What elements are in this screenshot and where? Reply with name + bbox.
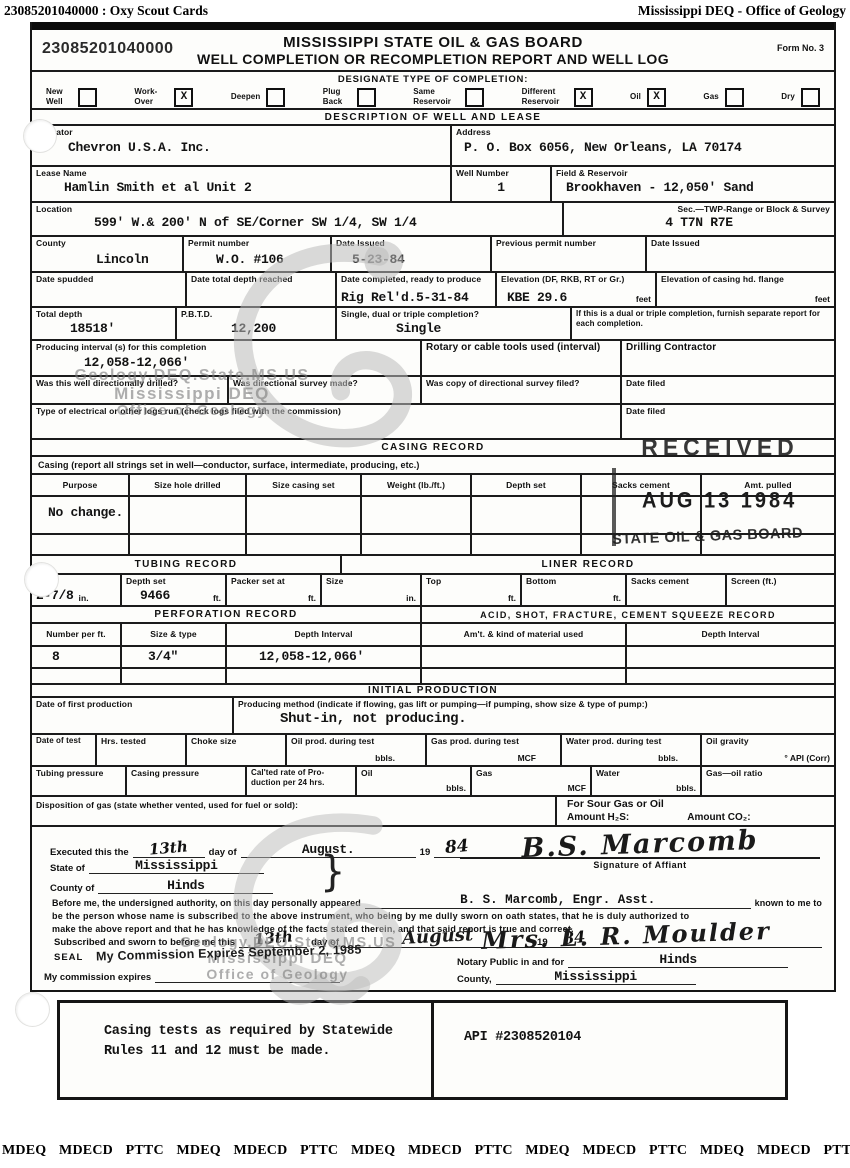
water-rate-cell: Water bbls. <box>590 767 700 795</box>
first-production-cell: Date of first production <box>32 698 232 733</box>
sour-gas-title: For Sour Gas or Oil <box>567 798 830 810</box>
state-value: Mississippi <box>135 859 218 873</box>
permit-label: Permit number <box>188 238 326 248</box>
acid-heading: ACID, SHOT, FRACTURE, CEMENT SQUEEZE REC… <box>426 610 830 620</box>
completion-question-label: Single, dual or triple completion? <box>341 309 566 319</box>
well-number-label: Well Number <box>456 168 546 178</box>
commission-blank-line <box>155 969 340 983</box>
packer-cell: Packer set at ft. <box>225 575 320 605</box>
liner-size-label: Size <box>326 576 416 586</box>
empty-cell <box>32 669 120 683</box>
casing-empty-cell <box>128 535 245 554</box>
directional-survey-label: Was directional survey made? <box>233 378 416 388</box>
checkbox-deepen: Deepen <box>231 88 286 107</box>
date-completed-value: Rig Rel'd.5-31-84 <box>341 291 491 305</box>
work-over-checkbox: X <box>174 88 193 107</box>
footer-strip: MDEQ MDECD PTTC MDEQ MDECD PTTC MDEQ MDE… <box>2 1143 850 1159</box>
date-td-label: Date total depth reached <box>191 274 331 284</box>
first-production-row: Date of first production Producing metho… <box>32 696 834 733</box>
hrs-tested-cell: Hrs. tested <box>95 735 185 765</box>
checkbox-gas: Gas <box>703 88 743 107</box>
address-cell: Address P. O. Box 6056, New Orleans, LA … <box>450 126 834 165</box>
api-number: API #2308520104 <box>464 1030 581 1045</box>
pbtd-value: 12,200 <box>231 322 331 336</box>
casing-empty-cell <box>470 497 580 533</box>
date-issued-cell: Date Issued 5-23-84 <box>330 237 490 271</box>
sour-gas-cell: For Sour Gas or Oil Amount H₂S: Amount C… <box>555 797 834 825</box>
casing-subheading: Casing (report all strings set in well—c… <box>32 457 419 473</box>
oil-checkbox: X <box>647 88 666 107</box>
empty-cell <box>120 669 225 683</box>
casing-empty-cell <box>360 535 470 554</box>
casing-empty-cell <box>245 497 360 533</box>
date-filed-cell: Date filed <box>620 377 834 403</box>
casing-empty-cell <box>360 497 470 533</box>
casing-col-depth: Depth set <box>470 475 580 495</box>
casing-purpose-value-cell: No change. <box>32 497 128 533</box>
received-stamp: RECEIVED <box>600 433 840 461</box>
liner-heading-cell: LINER RECORD <box>340 556 834 573</box>
liner-top-cell: Top ft. <box>420 575 520 605</box>
test-row-2: Tubing pressure Casing pressure Cal'ted … <box>32 765 834 795</box>
same-reservoir-checkbox <box>465 88 484 107</box>
producing-interval-row: Producing interval (s) for this completi… <box>32 339 834 375</box>
liner-top-label: Top <box>426 576 516 586</box>
checkbox-work-over: Work-Over X <box>134 87 193 106</box>
api-overlay-number: 23085201040000 <box>42 40 174 58</box>
operator-value: Chevron U.S.A. Inc. <box>68 141 446 155</box>
form-title: MISSISSIPPI STATE OIL & GAS BOARD WELL C… <box>197 30 669 70</box>
state-line: Mississippi <box>89 859 264 874</box>
bottom-note-box: Casing tests as required by Statewide Ru… <box>57 1000 788 1100</box>
directional-survey-cell: Was directional survey made? <box>227 377 420 403</box>
drilling-contractor-cell: Drilling Contractor <box>620 341 834 375</box>
acid-material-label-cell: Am't. & kind of material used <box>420 624 625 645</box>
producing-interval-label: Producing interval (s) for this completi… <box>36 342 416 352</box>
date-spudded-cell: Date spudded <box>32 273 185 306</box>
hole-punch <box>16 993 49 1026</box>
date-issued2-cell: Date Issued <box>645 237 834 271</box>
casing-col-purpose: Purpose <box>32 475 128 495</box>
checkbox-oil: Oil X <box>630 88 666 107</box>
notary-county-value: Hinds <box>659 953 697 967</box>
county-cell: County Lincoln <box>32 237 182 271</box>
location-label: Location <box>36 204 558 214</box>
elevation-label: Elevation (DF, RKB, RT or Gr.) <box>501 274 651 284</box>
empty-cell <box>420 669 625 683</box>
oil-rate-cell: Oil bbls. <box>355 767 470 795</box>
tubing-depth-label: Depth set <box>126 576 221 586</box>
location-row: Location 599' W.& 200' N of SE/Corner SW… <box>32 201 834 235</box>
acid-heading-cell: ACID, SHOT, FRACTURE, CEMENT SQUEEZE REC… <box>420 607 834 622</box>
oil-gravity-cell: Oil gravity ° API (Corr) <box>700 735 834 765</box>
affidavit-block: Executed this the 13th day of August. 19… <box>32 825 834 893</box>
logs-date-filed-label: Date filed <box>626 406 830 416</box>
new-well-checkbox <box>78 88 97 107</box>
acid-empty-cell <box>625 647 834 667</box>
tubing-depth-value: 9466 <box>140 589 170 603</box>
location-cell: Location 599' W.& 200' N of SE/Corner SW… <box>32 203 562 235</box>
county-of-line: County of Hinds <box>50 879 273 894</box>
casing-empty-cell <box>32 535 128 554</box>
date-issued-label: Date Issued <box>336 238 486 248</box>
casing-purpose-value: No change. <box>48 506 124 520</box>
casing-empty-cell <box>245 535 360 554</box>
water-test-cell: Water prod. during test bbls. <box>560 735 700 765</box>
packer-label: Packer set at <box>231 576 316 586</box>
location-value: 599' W.& 200' N of SE/Corner SW 1/4, SW … <box>94 216 558 230</box>
liner-screen-cell: Screen (ft.) <box>725 575 834 605</box>
previous-permit-cell: Previous permit number <box>490 237 645 271</box>
description-heading: DESCRIPTION OF WELL AND LEASE <box>32 110 834 125</box>
commission-expires-line: My commission expires <box>44 969 340 983</box>
oil-test-cell: Oil prod. during test bbls. <box>285 735 425 765</box>
lease-row: Lease Name Hamlin Smith et al Unit 2 Wel… <box>32 165 834 201</box>
lease-name-label: Lease Name <box>36 168 446 178</box>
address-label: Address <box>456 127 830 137</box>
checkbox-dry: Dry <box>781 88 820 107</box>
gas-test-cell: Gas prod. during test MCF <box>425 735 560 765</box>
producing-method-value: Shut-in, not producing. <box>280 712 830 727</box>
operator-row: Operator Chevron U.S.A. Inc. Address P. … <box>32 124 834 165</box>
field-reservoir-cell: Field & Reservoir Brookhaven - 12,050' S… <box>550 167 834 201</box>
pbtd-cell: P.B.T.D. 12,200 <box>175 308 335 339</box>
plug-back-checkbox <box>357 88 376 107</box>
co2-label: Amount CO₂: <box>687 812 750 823</box>
casing-tests-note: Casing tests as required by Statewide Ru… <box>60 1003 431 1097</box>
permit-value: W.O. #106 <box>216 253 326 267</box>
liner-screen-label: Screen (ft.) <box>731 576 830 586</box>
survey-copy-label: Was copy of directional survey filed? <box>426 378 616 388</box>
checkbox-new-well: New Well <box>46 87 97 106</box>
choke-size-cell: Choke size <box>185 735 285 765</box>
producing-method-cell: Producing method (indicate if flowing, g… <box>232 698 834 733</box>
date-issued-value: 5-23-84 <box>352 253 486 267</box>
casing-pressure-cell: Casing pressure <box>125 767 245 795</box>
perforation-heading: PERFORATION RECORD <box>36 609 416 620</box>
drilling-contractor-label: Drilling Contractor <box>626 342 830 354</box>
designate-heading: DESIGNATE TYPE OF COMPLETION: <box>32 72 834 87</box>
empty-cell <box>625 669 834 683</box>
date-td-cell: Date total depth reached <box>185 273 335 306</box>
total-depth-value: 18518' <box>70 322 171 336</box>
liner-sacks-label: Sacks cement <box>631 576 721 586</box>
deepen-checkbox <box>266 88 285 107</box>
operator-label: Operator <box>36 127 446 137</box>
survey-copy-cell: Was copy of directional survey filed? <box>420 377 620 403</box>
liner-heading: LINER RECORD <box>346 559 830 570</box>
perf-interval-label-cell: Depth Interval <box>225 624 420 645</box>
elevation-value: KBE 29.6 <box>507 291 651 305</box>
gas-rate-cell: Gas MCF <box>470 767 590 795</box>
checkbox-same-reservoir: Same Reservoir <box>413 87 484 106</box>
date-completed-cell: Date completed, ready to produce Rig Rel… <box>335 273 495 306</box>
perf-number-value-cell: 8 <box>32 647 120 667</box>
survey-label: Sec.—TWP-Range or Block & Survey <box>568 204 830 214</box>
liner-size-cell: Size in. <box>320 575 420 605</box>
checkbox-plug-back: Plug Back <box>323 87 376 106</box>
casing-flange-unit: feet <box>815 294 830 304</box>
acid-interval-label-cell: Depth Interval <box>625 624 834 645</box>
hole-punch <box>24 120 56 152</box>
form-title-row: 23085201040000 MISSISSIPPI STATE OIL & G… <box>32 30 834 70</box>
casing-empty-cell <box>128 497 245 533</box>
previous-permit-label: Previous permit number <box>496 238 641 248</box>
casing-col-weight: Weight (lb./ft.) <box>360 475 470 495</box>
received-stamp-date: AUG 13 1984 <box>642 489 797 515</box>
perforation-values-row: 8 3/4" 12,058-12,066' <box>32 645 834 667</box>
notary-block: Subscribed and sworn to before me this 1… <box>32 925 834 990</box>
elevation-unit: feet <box>636 294 651 304</box>
designate-heading-row: DESIGNATE TYPE OF COMPLETION: <box>32 70 834 86</box>
disposition-cell: Disposition of gas (state whether vented… <box>32 797 555 825</box>
survey-value: 4 T7N R7E <box>665 216 733 230</box>
producing-interval-value: 12,058-12,066' <box>84 356 416 370</box>
casing-flange-cell: Elevation of casing hd. flange feet <box>655 273 834 306</box>
tubing-depth-cell: Depth set 9466 ft. <box>120 575 225 605</box>
disposition-row: Disposition of gas (state whether vented… <box>32 795 834 825</box>
perforation-heading-cell: PERFORATION RECORD <box>32 607 420 622</box>
directionally-drilled-label: Was this well directionally drilled? <box>36 378 223 388</box>
perf-size-value-cell: 3/4" <box>120 647 225 667</box>
form-title-line2: WELL COMPLETION OR RECOMPLETION REPORT A… <box>197 51 669 67</box>
calc-rate-cell: Cal'ted rate of Pro-duction per 24 hrs. <box>245 767 355 795</box>
casing-col-hole: Size hole drilled <box>128 475 245 495</box>
producing-method-label: Producing method (indicate if flowing, g… <box>238 699 830 709</box>
hole-punch <box>25 563 58 596</box>
directionally-drilled-cell: Was this well directionally drilled? <box>32 377 227 403</box>
county-value: Lincoln <box>96 253 178 267</box>
logs-label: Type of electrical or other logs run (ch… <box>36 406 616 416</box>
different-reservoir-checkbox: X <box>574 88 593 107</box>
gas-checkbox <box>725 88 744 107</box>
directional-row: Was this well directionally drilled? Was… <box>32 375 834 403</box>
total-depth-cell: Total depth 18518' <box>32 308 175 339</box>
operator-cell: Operator Chevron U.S.A. Inc. <box>32 126 450 165</box>
date-filed-label: Date filed <box>626 378 830 388</box>
acid-empty-cell <box>420 647 625 667</box>
county-label: County <box>36 238 178 248</box>
county-of-value: Hinds <box>167 879 205 893</box>
total-depth-label: Total depth <box>36 309 171 319</box>
test-row-1: Date of test Hrs. tested Choke size Oil … <box>32 733 834 765</box>
tubing-heading-cell: TUBING RECORD <box>32 556 340 573</box>
description-heading-row: DESCRIPTION OF WELL AND LEASE <box>32 108 834 124</box>
producing-interval-cell: Producing interval (s) for this completi… <box>32 341 420 375</box>
viewer-header: 23085201040000 : Oxy Scout Cards Mississ… <box>0 3 850 19</box>
liner-bottom-cell: Bottom ft. <box>520 575 625 605</box>
well-number-cell: Well Number 1 <box>450 167 550 201</box>
completion-question-value: Single <box>396 322 566 336</box>
liner-sacks-cell: Sacks cement <box>625 575 725 605</box>
gas-oil-ratio-cell: Gas—oil ratio <box>700 767 834 795</box>
notary-state-line: County, Mississippi <box>457 970 696 985</box>
api-number-cell: API #2308520104 <box>431 1003 785 1097</box>
h2s-label: Amount H₂S: <box>567 812 629 823</box>
executed-line: Executed this the 13th day of August. 19… <box>50 837 480 858</box>
date-spudded-label: Date spudded <box>36 274 181 284</box>
casing-col-set: Size casing set <box>245 475 360 495</box>
received-stamp-edge <box>612 468 616 546</box>
notary-state-value: Mississippi <box>554 970 637 984</box>
perforation-labels-row: Number per ft. Size & type Depth Interva… <box>32 622 834 645</box>
perf-interval-value-cell: 12,058-12,066' <box>225 647 420 667</box>
logs-cell: Type of electrical or other logs run (ch… <box>32 405 620 438</box>
tubing-heading: TUBING RECORD <box>36 559 336 570</box>
permit-cell: Permit number W.O. #106 <box>182 237 330 271</box>
initial-production-heading-row: INITIAL PRODUCTION <box>32 683 834 696</box>
date-of-test-cell: Date of test <box>32 735 95 765</box>
brace-glyph: } <box>320 848 345 896</box>
well-number-value: 1 <box>497 181 505 195</box>
perforation-empty-row <box>32 667 834 683</box>
notary-signature-block: Mrs. L. R. Moulder <box>430 921 822 948</box>
tubing-liner-heading-row: TUBING RECORD LINER RECORD <box>32 554 834 573</box>
liner-bottom-label: Bottom <box>526 576 621 586</box>
pbtd-label: P.B.T.D. <box>181 309 331 319</box>
field-reservoir-value: Brookhaven - 12,050' Sand <box>566 181 830 195</box>
lease-name-cell: Lease Name Hamlin Smith et al Unit 2 <box>32 167 450 201</box>
lease-name-value: Hamlin Smith et al Unit 2 <box>64 181 446 195</box>
completion-type-row: New Well Work-Over X Deepen Plug Back Sa… <box>32 86 834 108</box>
scan-edge-band <box>32 22 834 30</box>
viewer-header-left: 23085201040000 : Oxy Scout Cards <box>4 3 208 19</box>
date-completed-label: Date completed, ready to produce <box>341 274 491 284</box>
field-reservoir-label: Field & Reservoir <box>556 168 830 178</box>
depth-row: Total depth 18518' P.B.T.D. 12,200 Singl… <box>32 306 834 339</box>
form-number: Form No. 3 <box>777 43 824 53</box>
form-title-line1: MISSISSIPPI STATE OIL & GAS BOARD <box>197 34 669 51</box>
notary-signature: Mrs. L. R. Moulder <box>430 914 823 957</box>
tubing-pressure-cell: Tubing pressure <box>32 767 125 795</box>
viewer-header-right: Mississippi DEQ - Office of Geology <box>638 3 846 19</box>
state-of-line: State of Mississippi <box>50 859 264 874</box>
notary-for-line: Notary Public in and for Hinds <box>457 953 788 968</box>
notary-county-line: Hinds <box>568 953 788 968</box>
county-line: Hinds <box>98 879 273 894</box>
perforation-heading-row: PERFORATION RECORD ACID, SHOT, FRACTURE,… <box>32 605 834 622</box>
perf-size-label-cell: Size & type <box>120 624 225 645</box>
notary-state-underline: Mississippi <box>496 970 696 985</box>
checkbox-different-reservoir: Different Reservoir X <box>522 87 593 106</box>
county-permit-row: County Lincoln Permit number W.O. #106 D… <box>32 235 834 271</box>
dates-elevation-row: Date spudded Date total depth reached Da… <box>32 271 834 306</box>
first-production-label: Date of first production <box>36 699 228 709</box>
date-issued2-label: Date Issued <box>651 238 830 248</box>
rotary-tools-label: Rotary or cable tools used (interval) <box>426 342 616 354</box>
dual-note: If this is a dual or triple completion, … <box>576 309 830 328</box>
dual-note-cell: If this is a dual or triple completion, … <box>570 308 834 339</box>
disposition-label: Disposition of gas (state whether vented… <box>36 798 551 810</box>
executed-day-line: 13th <box>133 839 205 858</box>
casing-empty-cell <box>470 535 580 554</box>
elevation-cell: Elevation (DF, RKB, RT or Gr.) KBE 29.6 … <box>495 273 655 306</box>
perf-number-label-cell: Number per ft. <box>32 624 120 645</box>
survey-cell: Sec.—TWP-Range or Block & Survey 4 T7N R… <box>562 203 834 235</box>
scanned-page: 23085201040000 : Oxy Scout Cards Mississ… <box>0 0 850 1168</box>
executed-day-value: 13th <box>149 837 189 858</box>
casing-flange-label: Elevation of casing hd. flange <box>661 274 830 284</box>
dry-checkbox <box>801 88 820 107</box>
appeared-name: B. S. Marcomb, Engr. Asst. <box>460 894 655 908</box>
empty-cell <box>225 669 420 683</box>
tubing-liner-data-row: 2-7/8in. Depth set 9466 ft. Packer set a… <box>32 573 834 605</box>
affiant-signature-block: B.S. Marcomb Signature of Affiant <box>460 829 820 871</box>
seal-label: SEAL <box>54 952 83 963</box>
address-value: P. O. Box 6056, New Orleans, LA 70174 <box>464 141 830 155</box>
appeared-name-line: B. S. Marcomb, Engr. Asst. <box>365 894 751 909</box>
completion-question-cell: Single, dual or triple completion? Singl… <box>335 308 570 339</box>
rotary-tools-cell: Rotary or cable tools used (interval) <box>420 341 620 375</box>
